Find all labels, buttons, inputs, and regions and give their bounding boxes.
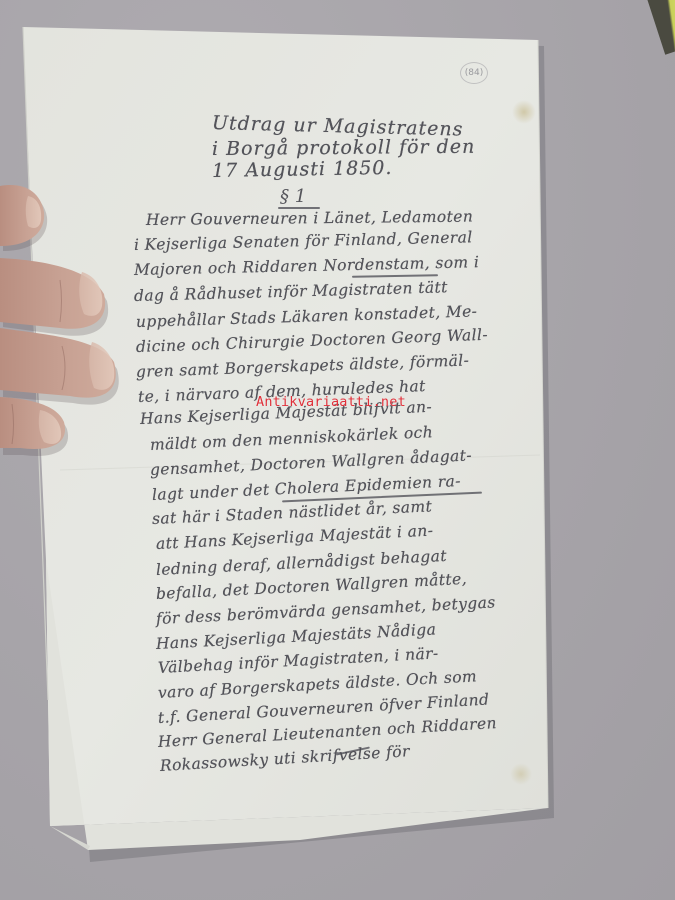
hand: [0, 0, 675, 900]
watermark: Antikvariaatti.net: [256, 394, 406, 410]
photo-scene: (84) Utdrag ur Magistratens i Borgå prot…: [0, 0, 675, 900]
